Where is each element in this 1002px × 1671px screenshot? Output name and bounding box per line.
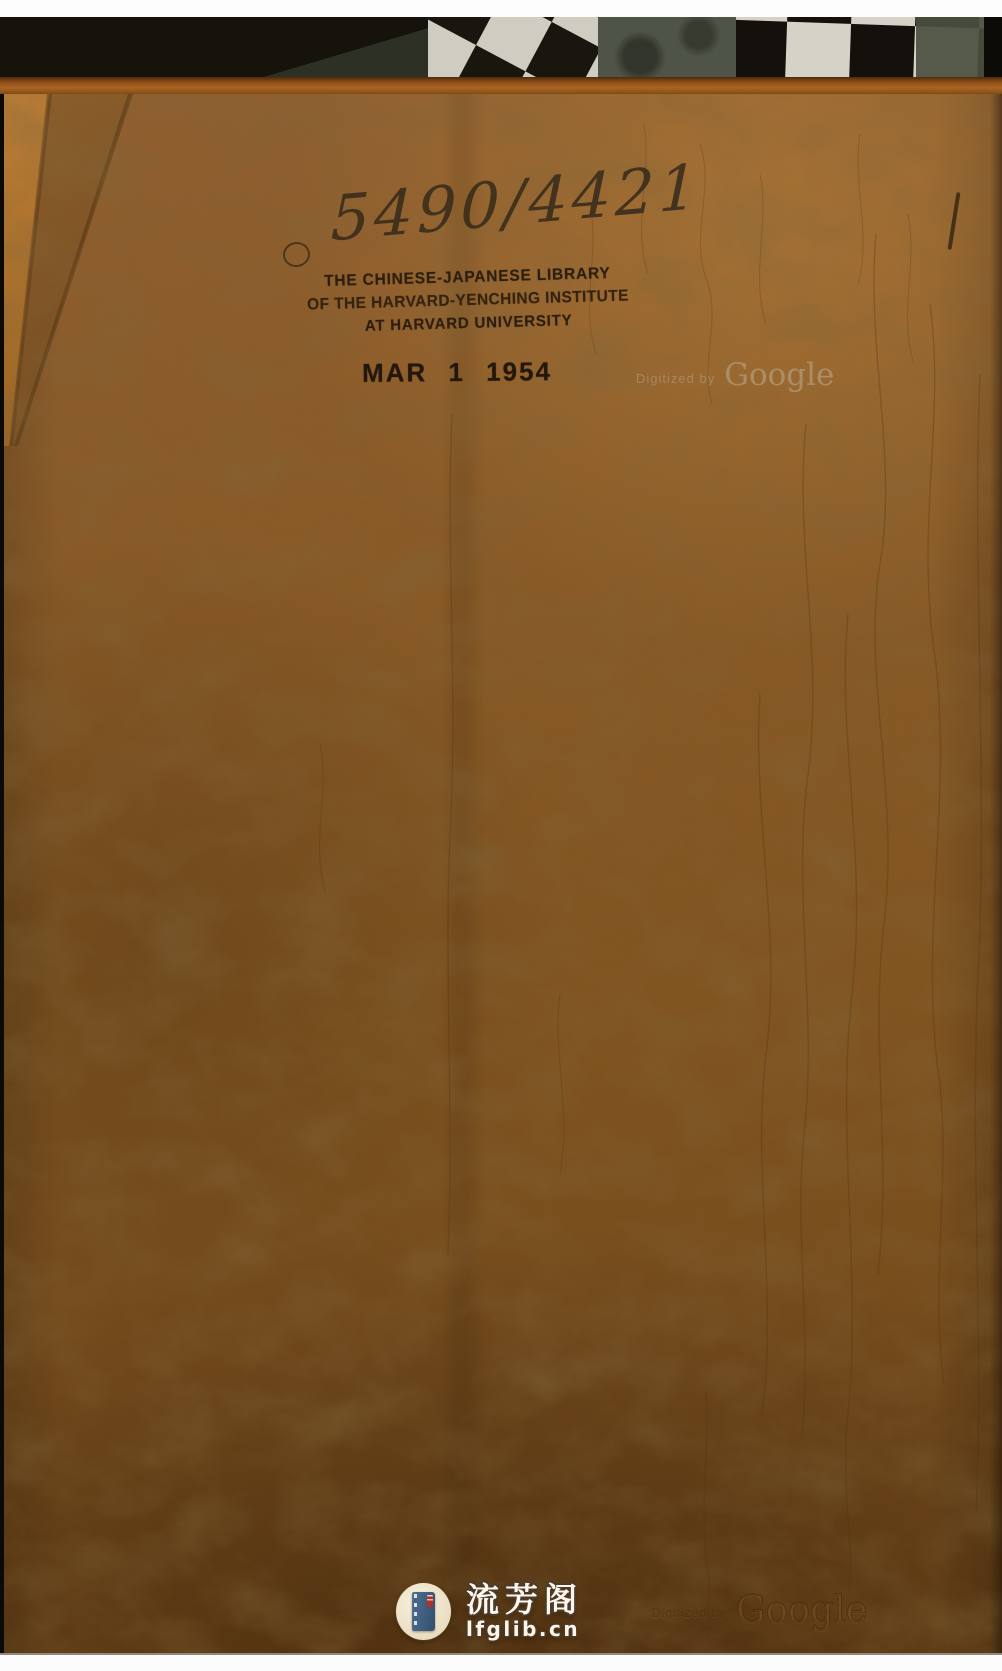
book-stitching <box>414 1594 417 1629</box>
calibration-black-column <box>984 17 1002 81</box>
lfglib-site-url: lfglib.cn <box>466 1619 583 1639</box>
calibration-checkerboard-left <box>428 17 600 81</box>
scanned-book-page: 5490/4421 THE CHINESE-JAPANESE LIBRARY O… <box>0 0 1002 1671</box>
digitized-by-label: Digitized by <box>636 371 715 386</box>
lfglib-text-block: 流芳阁 lfglib.cn <box>466 1583 583 1639</box>
book-title-tag <box>427 1595 433 1607</box>
calibration-dark-wedge <box>250 17 440 81</box>
lfglib-badge-circle <box>396 1583 451 1640</box>
calibration-gray-patch <box>598 17 738 81</box>
top-white-margin <box>0 0 1002 17</box>
right-edge-shadow <box>990 94 1002 1653</box>
bottom-white-margin <box>0 1653 1002 1671</box>
google-logo-text: Google <box>724 360 834 391</box>
checkerboard-pattern <box>428 17 600 81</box>
digitized-by-label: Digitized by <box>652 1606 726 1620</box>
date-stamp: MAR 1 1954 <box>362 356 552 389</box>
google-watermark-lower: Digitized by Google <box>652 1591 868 1628</box>
lfglib-book-icon <box>412 1592 435 1631</box>
lfglib-watermark: 流芳阁 lfglib.cn <box>396 1583 583 1640</box>
library-stamp: THE CHINESE-JAPANESE LIBRARY OF THE HARV… <box>296 261 639 340</box>
gutter-shadow-edge <box>0 94 4 1653</box>
google-logo-text: Google <box>736 1591 868 1628</box>
scanner-calibration-strip <box>0 17 1002 81</box>
lfglib-site-name: 流芳阁 <box>466 1583 583 1616</box>
google-watermark-upper: Digitized by Google <box>636 360 834 391</box>
calibration-drab-column <box>916 17 986 81</box>
